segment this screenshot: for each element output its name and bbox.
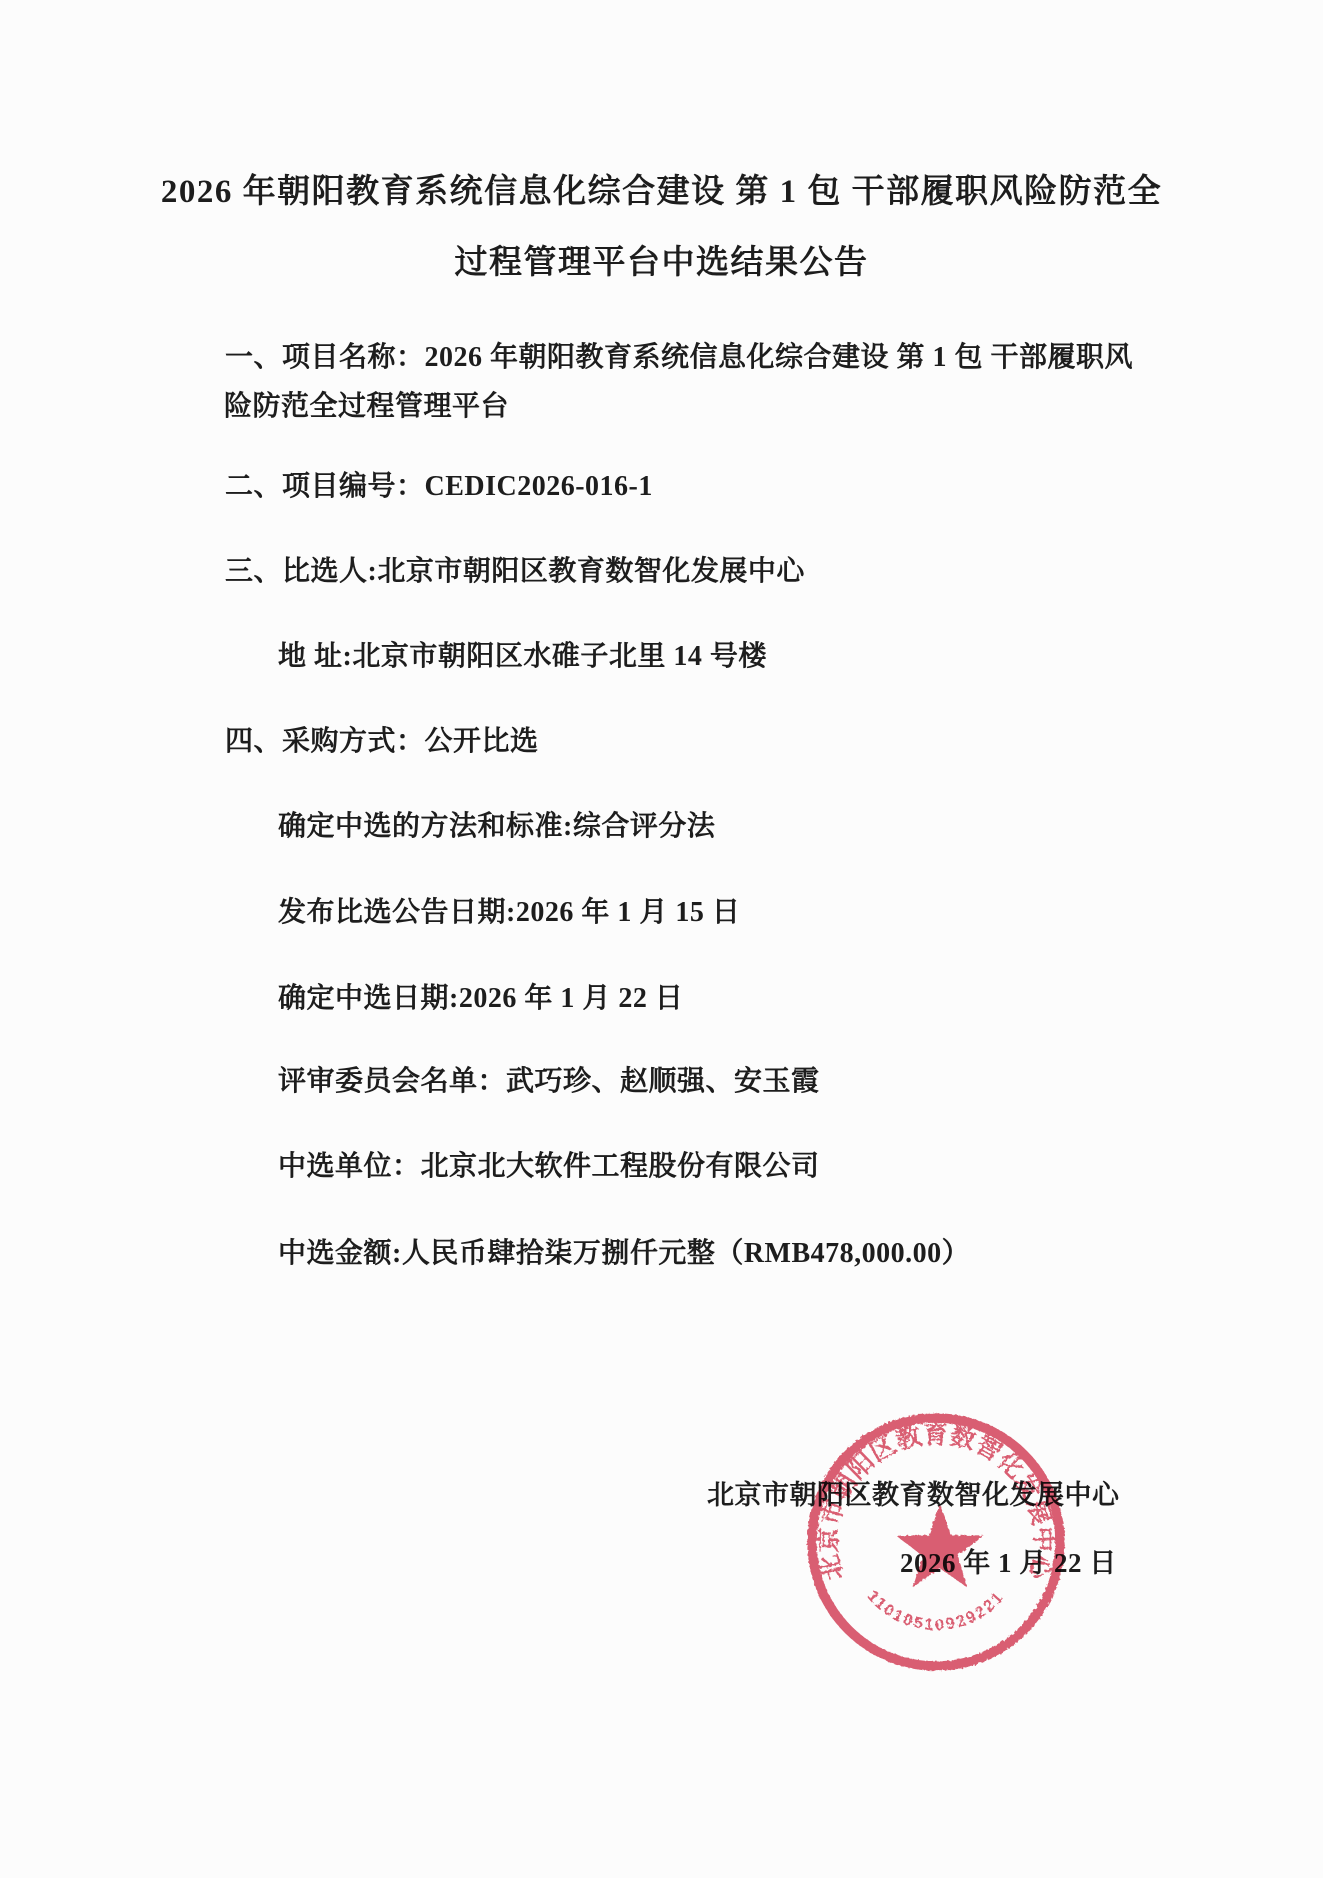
- amount-line: 中选金额:人民币肆拾柒万捌仟元整（RMB478,000.00）: [278, 1240, 970, 1268]
- winner-line: 中选单位：北京北大软件工程股份有限公司: [278, 1153, 820, 1181]
- scanned-document-page: 2026 年朝阳教育系统信息化综合建设 第 1 包 干部履职风险防范全 过程管理…: [0, 0, 1323, 1878]
- project-name-line2: 险防范全过程管理平台: [224, 393, 509, 421]
- selector-line: 三、比选人:北京市朝阳区教育数智化发展中心: [225, 558, 805, 586]
- seal-star-icon: [896, 1504, 983, 1587]
- document-title-line2: 过程管理平台中选结果公告: [0, 247, 1323, 280]
- announcement-date-line: 发布比选公告日期:2026 年 1 月 15 日: [278, 899, 740, 927]
- committee-line: 评审委员会名单：武巧珍、赵顺强、安玉霞: [278, 1068, 820, 1096]
- evaluation-method-line: 确定中选的方法和标准:综合评分法: [278, 813, 715, 841]
- project-number-line: 二、项目编号：CEDIC2026-016-1: [225, 473, 653, 501]
- svg-text:11010510929221: 11010510929221: [864, 1588, 1008, 1634]
- project-name-line1: 一、项目名称：2026 年朝阳教育系统信息化综合建设 第 1 包 干部履职风: [225, 344, 1133, 372]
- document-title-line1: 2026 年朝阳教育系统信息化综合建设 第 1 包 干部履职风险防范全: [0, 176, 1323, 209]
- address-line: 地 址:北京市朝阳区水碓子北里 14 号楼: [278, 643, 767, 671]
- selection-date-line: 确定中选日期:2026 年 1 月 22 日: [278, 985, 683, 1013]
- seal-serial-number: 11010510929221: [864, 1588, 1008, 1634]
- official-seal: 北京市朝阳区教育数智化发展中心 11010510929221: [801, 1404, 1071, 1678]
- procurement-method-line: 四、采购方式：公开比选: [225, 728, 539, 756]
